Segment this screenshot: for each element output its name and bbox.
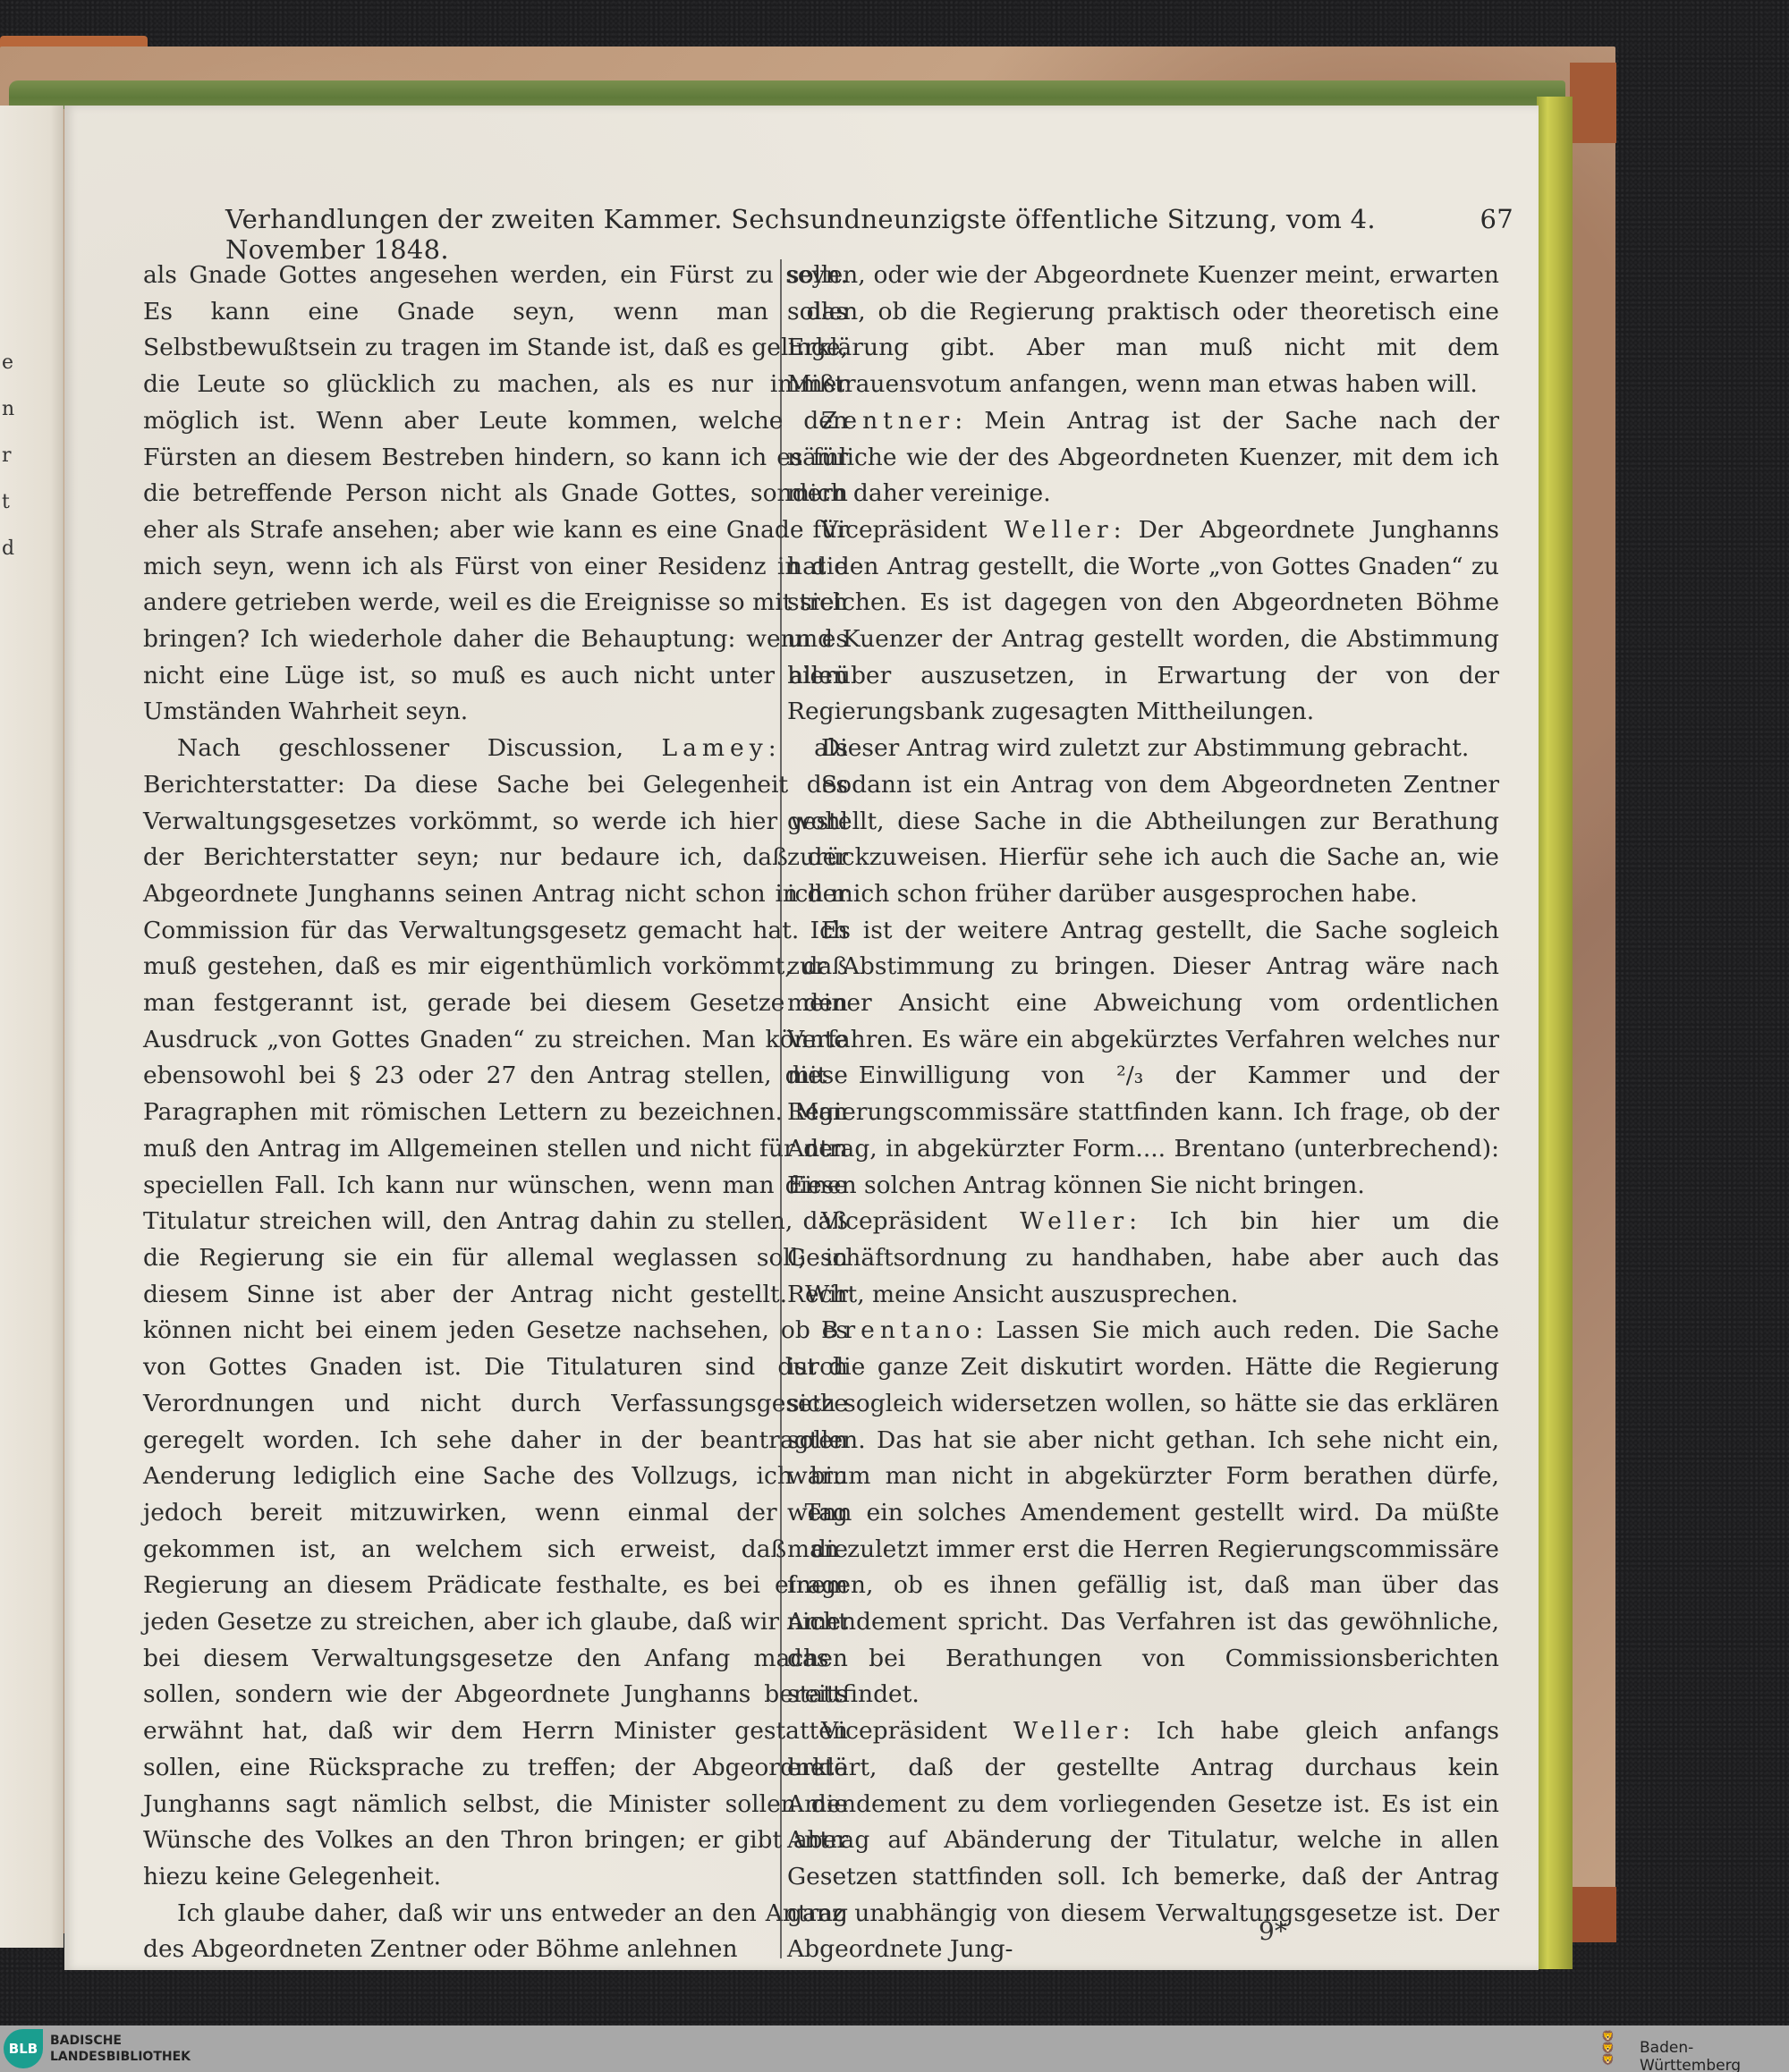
paragraph-lead: Nach geschlossener Discussion, bbox=[177, 734, 662, 762]
left-page-fragment: r bbox=[2, 433, 14, 479]
left-page-text-fragments: enrtd bbox=[2, 340, 14, 572]
paragraph: Vicepräsident Weller: Der Abgeordnete Ju… bbox=[787, 512, 1499, 731]
paragraph: Brentano: Lassen Sie mich auch reden. Di… bbox=[787, 1313, 1499, 1713]
paragraph: Zentner: Mein Antrag ist der Sache nach … bbox=[787, 403, 1499, 512]
book-page: Verhandlungen der zweiten Kammer. Sechsu… bbox=[64, 106, 1539, 1970]
left-page-fragment: e bbox=[2, 340, 14, 386]
paragraph-text: Sodann ist ein Antrag von dem Abgeordnet… bbox=[787, 771, 1499, 908]
book-cover-leather-corner bbox=[1570, 1887, 1616, 1942]
lions-coat-of-arms-icon: 🦁🦁🦁 bbox=[1601, 2031, 1632, 2068]
footer-bar: BLB BADISCHE LANDESBIBLIOTHEK 🦁🦁🦁 Baden-… bbox=[0, 2025, 1789, 2072]
paragraph: als Gnade Gottes angesehen werden, ein F… bbox=[143, 258, 848, 731]
column-divider bbox=[780, 259, 782, 1958]
left-page-fragment: t bbox=[2, 479, 14, 526]
paragraph: Nach geschlossener Discussion, Lamey: al… bbox=[143, 731, 848, 1896]
left-page-sliver: enrtd bbox=[0, 106, 64, 1948]
left-page-fragment: n bbox=[2, 386, 14, 433]
speaker-name: Weller bbox=[1005, 516, 1114, 544]
blb-logo-line2: LANDESBIBLIOTHEK bbox=[50, 2049, 191, 2065]
page-number: 67 bbox=[1480, 204, 1513, 234]
speaker-name: Brentano bbox=[821, 1316, 975, 1344]
speaker-name: Zentner bbox=[821, 407, 954, 435]
paragraph-text: Dieser Antrag wird zuletzt zur Abstimmun… bbox=[821, 734, 1469, 762]
running-head-title: Verhandlungen der zweiten Kammer. Sechsu… bbox=[225, 204, 1513, 265]
baden-wuerttemberg-logo-text[interactable]: Baden-Württemberg bbox=[1640, 2039, 1789, 2072]
paragraph-text: Ich glaube daher, daß wir uns entweder a… bbox=[143, 1899, 848, 1964]
running-head: Verhandlungen der zweiten Kammer. Sechsu… bbox=[225, 204, 1513, 249]
paragraph: Ich glaube daher, daß wir uns entweder a… bbox=[143, 1896, 848, 1968]
signature-mark: 9* bbox=[1259, 1916, 1287, 1946]
speaker-name: Weller bbox=[1013, 1717, 1123, 1745]
left-page-fragment: d bbox=[2, 526, 14, 572]
paragraph: Vicepräsident Weller: Ich bin hier um di… bbox=[787, 1204, 1499, 1313]
paragraph-text: als Gnade Gottes angesehen werden, ein F… bbox=[143, 261, 848, 725]
book-cover-leather-corner bbox=[1570, 63, 1616, 143]
blb-logo-text[interactable]: BADISCHE LANDESBIBLIOTHEK bbox=[50, 2033, 191, 2065]
paragraph: Es ist der weitere Antrag gestellt, die … bbox=[787, 913, 1499, 1205]
paragraph-text: Es ist der weitere Antrag gestellt, die … bbox=[787, 917, 1499, 1199]
paragraph: Vicepräsident Weller: Ich habe gleich an… bbox=[787, 1713, 1499, 1968]
paragraph-lead: Vicepräsident bbox=[821, 1717, 1013, 1745]
blb-logo-icon[interactable]: BLB bbox=[4, 2029, 43, 2068]
text-column-left: als Gnade Gottes angesehen werden, ein F… bbox=[143, 258, 848, 1968]
paragraph-text: : Der Abgeordnete Junghanns hat den Antr… bbox=[787, 516, 1499, 726]
paragraph-lead: Vicepräsident bbox=[821, 516, 1005, 544]
book-fore-edge bbox=[1537, 97, 1573, 1969]
paragraph-text: : als Berichterstatter: Da diese Sache b… bbox=[143, 734, 848, 1890]
paragraph: sollen, oder wie der Abgeordnete Kuenzer… bbox=[787, 258, 1499, 403]
paragraph-text: : Lassen Sie mich auch reden. Die Sache … bbox=[787, 1316, 1499, 1708]
speaker-name: Weller bbox=[1020, 1207, 1129, 1235]
speaker-name: Lamey bbox=[662, 734, 768, 762]
blb-logo-line1: BADISCHE bbox=[50, 2033, 191, 2049]
paragraph: Dieser Antrag wird zuletzt zur Abstimmun… bbox=[787, 731, 1499, 767]
paragraph-text: sollen, oder wie der Abgeordnete Kuenzer… bbox=[787, 261, 1499, 398]
paragraph: Sodann ist ein Antrag von dem Abgeordnet… bbox=[787, 767, 1499, 913]
text-column-right: sollen, oder wie der Abgeordnete Kuenzer… bbox=[787, 258, 1499, 1968]
paragraph-text: : Ich habe gleich anfangs erklärt, daß d… bbox=[787, 1717, 1499, 1963]
paragraph-lead: Vicepräsident bbox=[821, 1207, 1020, 1235]
